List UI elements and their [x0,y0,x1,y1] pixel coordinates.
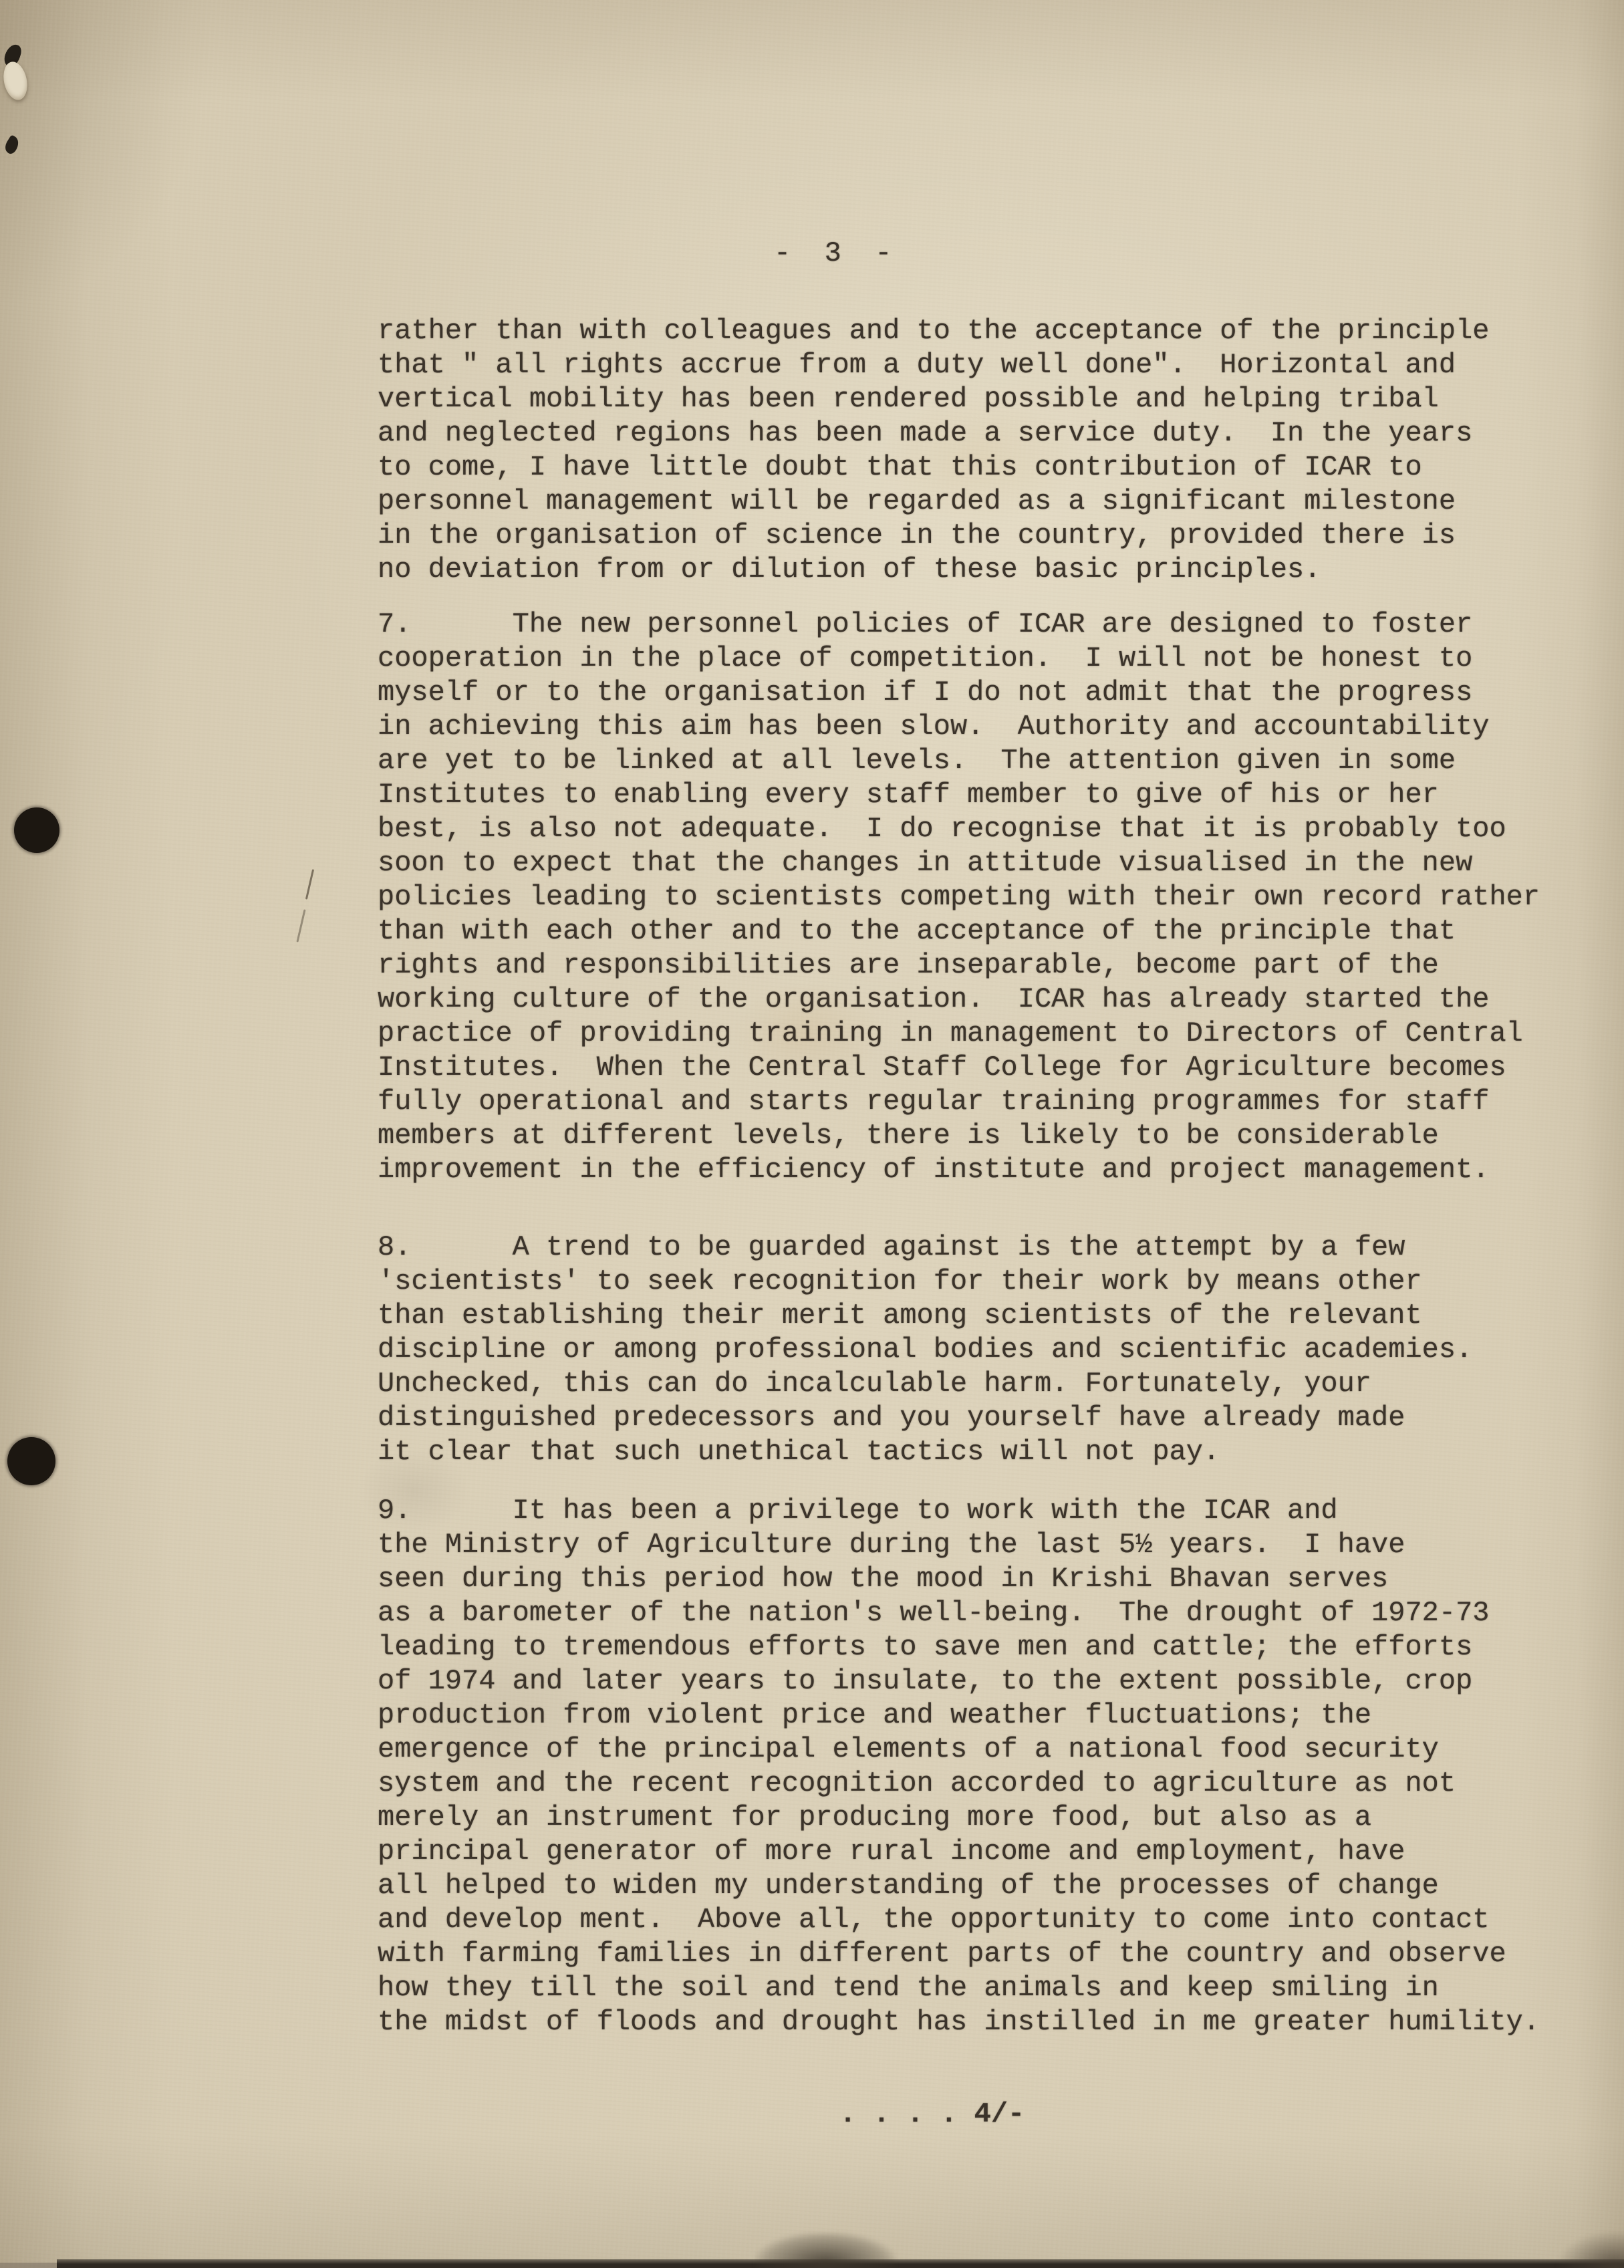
corner-tick-mark-icon [2,134,21,156]
continuation-mark: . . . . 4/- [839,2098,1025,2132]
bottom-smudge [755,2233,896,2268]
scanned-page: - 3 - rather than with colleagues and to… [0,0,1624,2268]
punch-hole-bottom [7,1437,55,1485]
punch-hole-top [14,807,59,853]
bottom-edge-shadow-left [0,2263,60,2268]
margin-slash-mark [296,909,305,942]
paragraph-9: 9. It has been a privilege to work with … [378,1494,1540,2039]
paragraph-8: 8. A trend to be guarded against is the … [378,1231,1472,1469]
page-number: - 3 - [774,237,892,271]
margin-slash-mark [305,869,314,899]
bottom-right-smudge [1557,2231,1624,2268]
paragraph-continuation: rather than with colleagues and to the a… [378,314,1489,587]
paragraph-7: 7. The new personnel policies of ICAR ar… [378,608,1540,1187]
corner-paper-chip-icon [0,59,30,102]
